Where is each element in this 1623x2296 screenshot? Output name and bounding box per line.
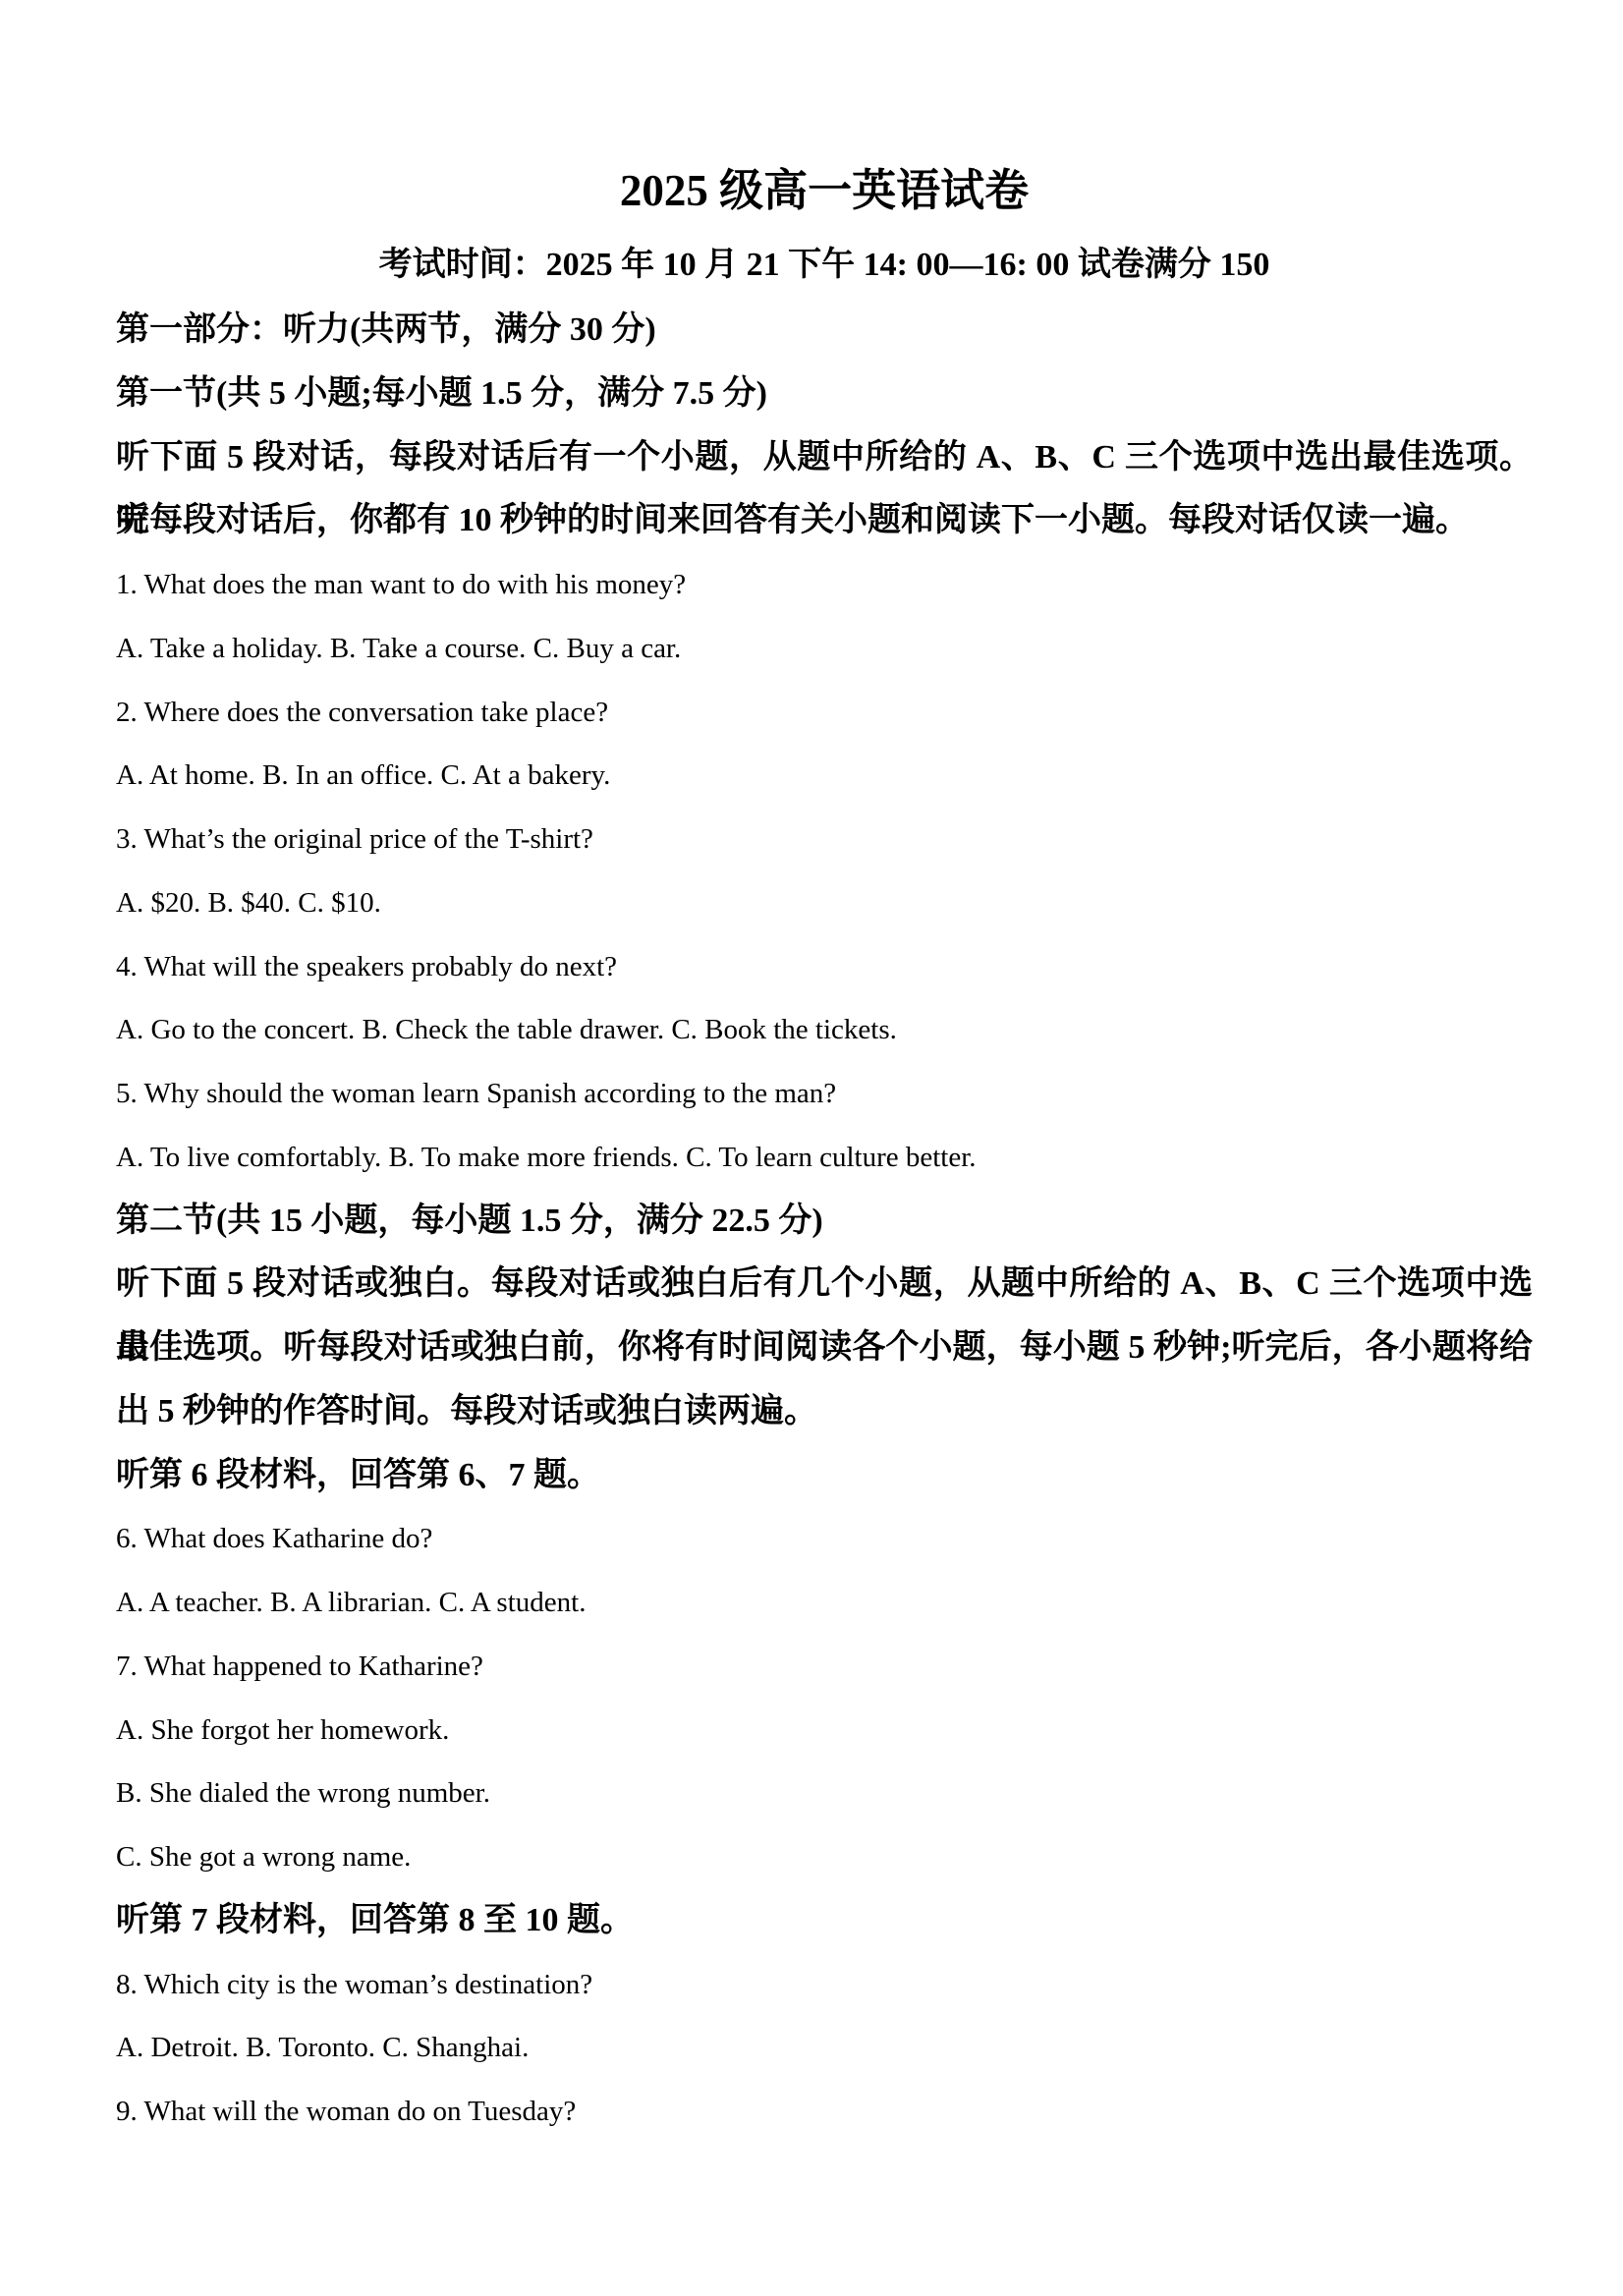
options-line: A. Go to the concert. B. Check the table… [116, 998, 1533, 1062]
instructions-line: 完每段对话后，你都有 10 秒钟的时间来回答有关小题和阅读下一小题。每段对话仅读… [116, 489, 1533, 553]
options-line: C. She got a wrong name. [116, 1825, 1533, 1889]
exam-meta-line: 考试时间：2025 年 10 月 21 下午 14: 00—16: 00 试卷满… [116, 232, 1533, 299]
options-line: A. To live comfortably. B. To make more … [116, 1126, 1533, 1190]
question-line: 2. Where does the conversation take plac… [116, 681, 1533, 745]
question-line: 8. Which city is the woman’s destination… [116, 1953, 1533, 2017]
options-line: A. At home. B. In an office. C. At a bak… [116, 744, 1533, 808]
question-line: 6. What does Katharine do? [116, 1507, 1533, 1571]
options-line: A. Take a holiday. B. Take a course. C. … [116, 617, 1533, 681]
instructions-line: 听下面 5 段对话，每段对话后有一个小题，从题中所给的 A、B、C 三个选项中选… [116, 426, 1533, 490]
material-cue-line: 听第 6 段材料，回答第 6、7 题。 [116, 1444, 1533, 1508]
options-line: A. She forgot her homework. [116, 1699, 1533, 1763]
question-line: 7. What happened to Katharine? [116, 1635, 1533, 1699]
section-heading-line: 第一节(共 5 小题;每小题 1.5 分，满分 7.5 分) [116, 363, 1533, 426]
question-line: 4. What will the speakers probably do ne… [116, 935, 1533, 999]
question-line: 3. What’s the original price of the T-sh… [116, 808, 1533, 871]
question-line: 5. Why should the woman learn Spanish ac… [116, 1062, 1533, 1126]
question-line: 9. What will the woman do on Tuesday? [116, 2080, 1533, 2144]
instructions-line: 听下面 5 段对话或独白。每段对话或独白后有几个小题，从题中所给的 A、B、C … [116, 1253, 1533, 1316]
document-body: 第一部分：听力(共两节，满分 30 分)第一节(共 5 小题;每小题 1.5 分… [116, 299, 1533, 2144]
material-cue-line: 听第 7 段材料，回答第 8 至 10 题。 [116, 1889, 1533, 1953]
question-line: 1. What does the man want to do with his… [116, 553, 1533, 617]
exam-paper-page: 2025 级高一英语试卷 考试时间：2025 年 10 月 21 下午 14: … [0, 0, 1623, 2296]
options-line: A. $20. B. $40. C. $10. [116, 871, 1533, 935]
section-heading-line: 第二节(共 15 小题，每小题 1.5 分，满分 22.5 分) [116, 1190, 1533, 1254]
options-line: A. Detroit. B. Toronto. C. Shanghai. [116, 2016, 1533, 2080]
page-title: 2025 级高一英语试卷 [116, 157, 1533, 224]
instructions-line: 最佳选项。听每段对话或独白前，你将有时间阅读各个小题，每小题 5 秒钟;听完后，… [116, 1316, 1533, 1380]
section-heading-line: 第一部分：听力(共两节，满分 30 分) [116, 299, 1533, 363]
options-line: A. A teacher. B. A librarian. C. A stude… [116, 1571, 1533, 1635]
options-line: B. She dialed the wrong number. [116, 1762, 1533, 1825]
instructions-line: 出 5 秒钟的作答时间。每段对话或独白读两遍。 [116, 1380, 1533, 1444]
